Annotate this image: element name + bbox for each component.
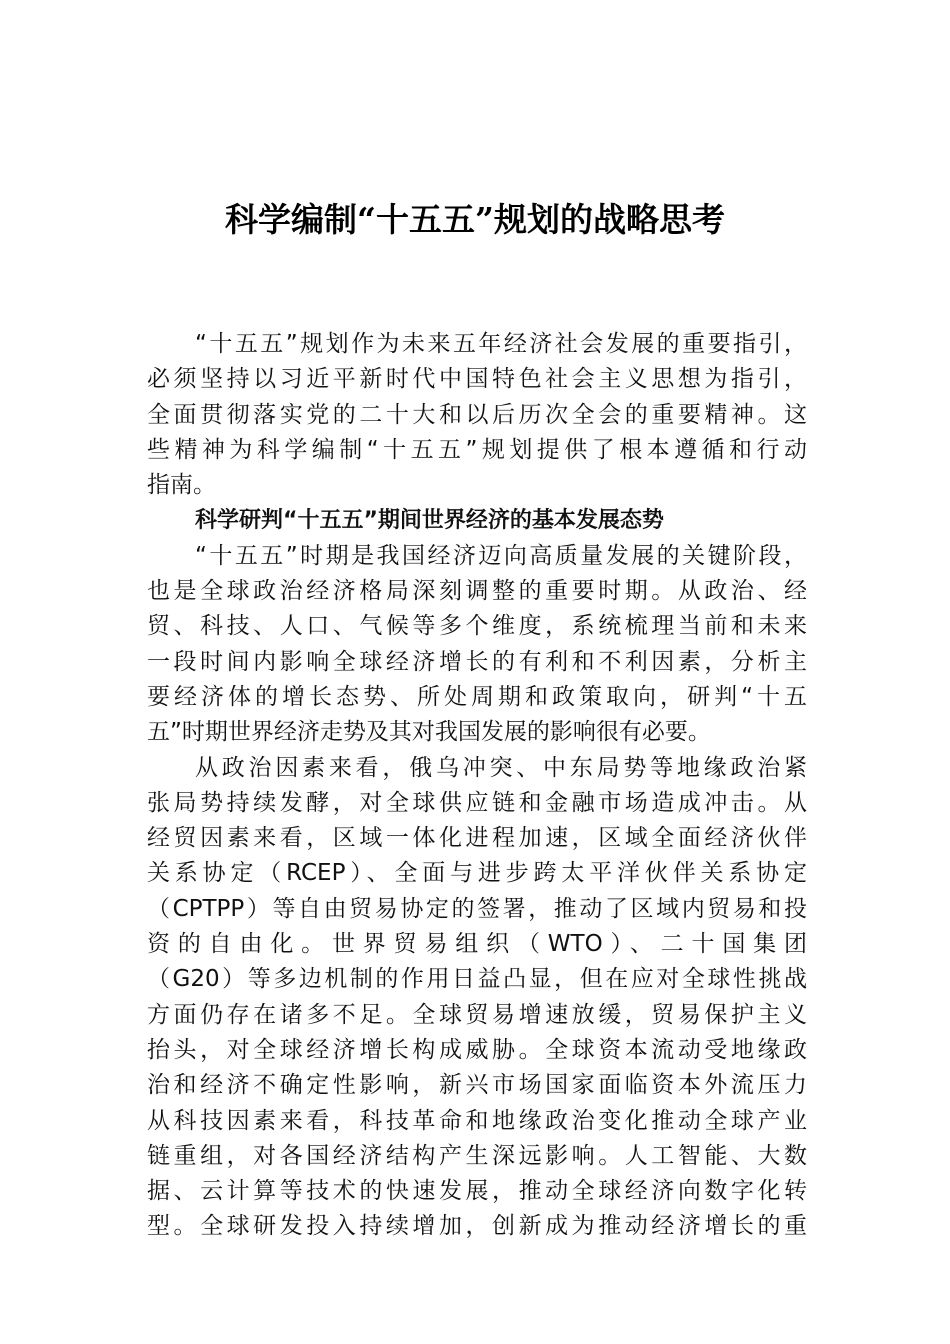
text-line: “十五五”时期是我国经济迈向高质量发展的关键阶段， bbox=[147, 539, 807, 574]
text-line: 抬头，对全球经济增长构成威胁。全球资本流动受地缘政 bbox=[147, 1033, 807, 1068]
document-body: “十五五”规划作为未来五年经济社会发展的重要指引， 必须坚持以习近平新时代中国特… bbox=[147, 327, 807, 1245]
section-heading: 科学研判“十五五”期间世界经济的基本发展态势 bbox=[147, 503, 807, 538]
text-line: 型。全球研发投入持续增加，创新成为推动经济增长的重 bbox=[147, 1209, 807, 1244]
text-line: （CPTPP）等自由贸易协定的签署，推动了区域内贸易和投 bbox=[147, 892, 807, 927]
text-line: 也是全球政治经济格局深刻调整的重要时期。从政治、经 bbox=[147, 574, 807, 609]
document-title: 科学编制“十五五”规划的战略思考 bbox=[0, 196, 950, 244]
text-line: 要经济体的增长态势、所处周期和政策取向，研判“十五 bbox=[147, 680, 807, 715]
paragraph-intro: “十五五”规划作为未来五年经济社会发展的重要指引， 必须坚持以习近平新时代中国特… bbox=[147, 327, 807, 503]
text-line: 治和经济不确定性影响，新兴市场国家面临资本外流压力 bbox=[147, 1068, 807, 1103]
text-line: 指南。 bbox=[147, 468, 807, 503]
text-line: 全面贯彻落实党的二十大和以后历次全会的重要精神。这 bbox=[147, 398, 807, 433]
text-line: 经贸因素来看，区域一体化进程加速，区域全面经济伙伴 bbox=[147, 821, 807, 856]
text-line: 方面仍存在诸多不足。全球贸易增速放缓，贸易保护主义 bbox=[147, 998, 807, 1033]
text-line: （G20）等多边机制的作用日益凸显，但在应对全球性挑战 bbox=[147, 962, 807, 997]
text-line: 据、云计算等技术的快速发展，推动全球经济向数字化转 bbox=[147, 1174, 807, 1209]
text-line: 必须坚持以习近平新时代中国特色社会主义思想为指引， bbox=[147, 362, 807, 397]
text-line: 从政治因素来看，俄乌冲突、中东局势等地缘政治紧 bbox=[147, 751, 807, 786]
text-line: 些精神为科学编制“十五五”规划提供了根本遵循和行动 bbox=[147, 433, 807, 468]
text-line: 五”时期世界经济走势及其对我国发展的影响很有必要。 bbox=[147, 715, 807, 750]
document-page: 科学编制“十五五”规划的战略思考 “十五五”规划作为未来五年经济社会发展的重要指… bbox=[0, 0, 950, 1344]
text-line: 贸、科技、人口、气候等多个维度，系统梳理当前和未来 bbox=[147, 609, 807, 644]
text-line: 资的自由化。世界贸易组织（WTO）、二十国集团 bbox=[147, 927, 807, 962]
text-line: 一段时间内影响全球经济增长的有利和不利因素，分析主 bbox=[147, 645, 807, 680]
paragraph-factors-analysis: 从政治因素来看，俄乌冲突、中东局势等地缘政治紧 张局势持续发酵，对全球供应链和金… bbox=[147, 751, 807, 1245]
section-heading-text: 科学研判“十五五”期间世界经济的基本发展态势 bbox=[147, 503, 807, 538]
text-line: 张局势持续发酵，对全球供应链和金融市场造成冲击。从 bbox=[147, 786, 807, 821]
text-line: “十五五”规划作为未来五年经济社会发展的重要指引， bbox=[147, 327, 807, 362]
text-line: 从科技因素来看，科技革命和地缘政治变化推动全球产业 bbox=[147, 1104, 807, 1139]
text-line: 链重组，对各国经济结构产生深远影响。人工智能、大数 bbox=[147, 1139, 807, 1174]
paragraph-world-economy-overview: “十五五”时期是我国经济迈向高质量发展的关键阶段， 也是全球政治经济格局深刻调整… bbox=[147, 539, 807, 751]
text-line: 关系协定（RCEP）、全面与进步跨太平洋伙伴关系协定 bbox=[147, 856, 807, 891]
